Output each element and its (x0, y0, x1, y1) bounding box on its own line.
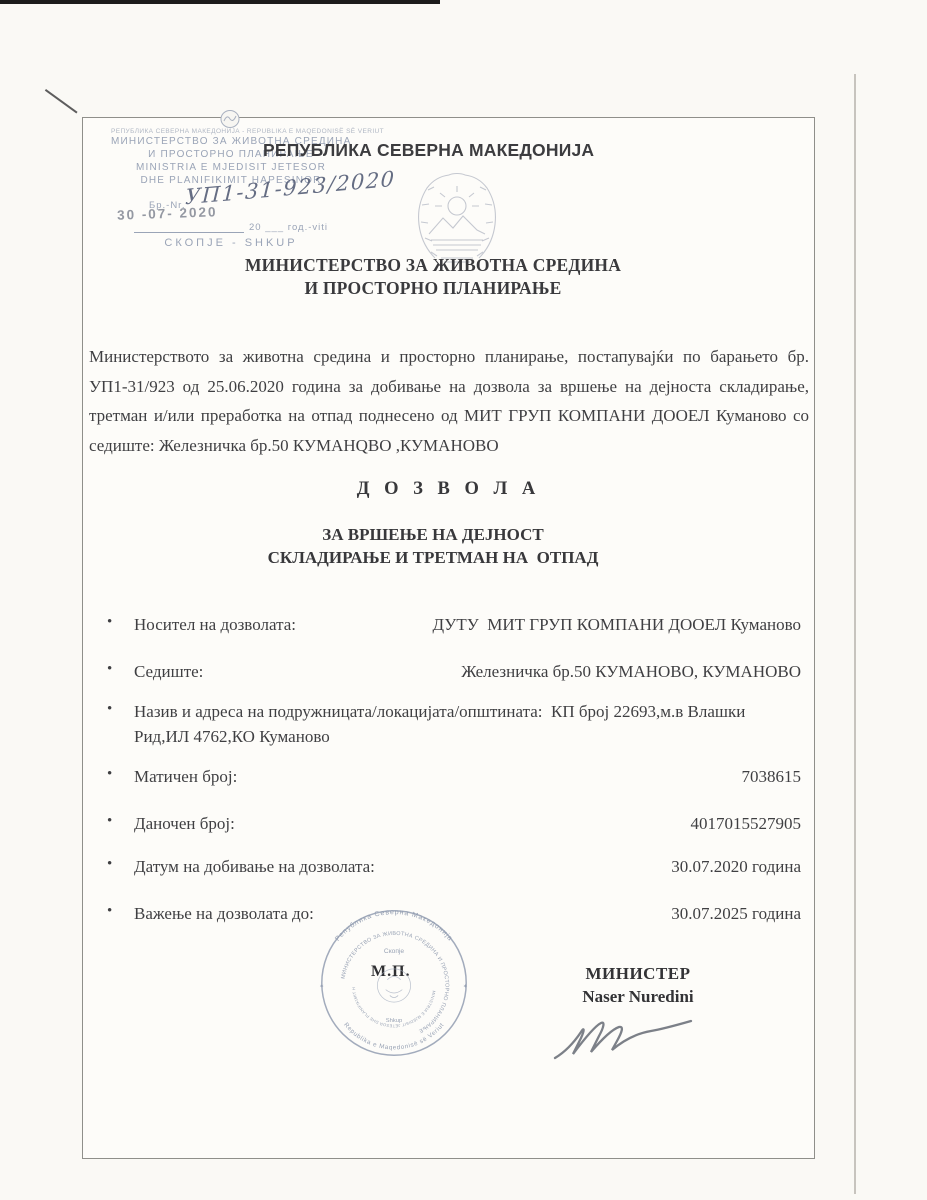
minister-name: Naser Nuredini (523, 987, 753, 1007)
ministry-title-line1: МИНИСТЕРСТВО ЗА ЖИВОТНА СРЕДИНА (83, 254, 783, 277)
scan-artifact-vertical-line (854, 74, 856, 1194)
detail-row-tax-number: • Даночен број: 4017015527905 (107, 811, 801, 836)
intro-line: седиште: Железничка бр.50 КУМАНQВО ,КУМА… (89, 431, 809, 461)
intro-line: третман и/или преработка на отпад поднес… (89, 401, 809, 431)
stamp-city-mk: Скопје (384, 948, 405, 955)
detail-label: Назив и адреса на подружницата/локацијат… (134, 699, 801, 749)
stamp-star-right-icon: ✶ (463, 983, 468, 990)
bullet-icon: • (107, 854, 134, 875)
bullet-icon: • (107, 901, 134, 922)
bullet-icon: • (107, 699, 134, 720)
scan-artifact-diagonal-line (45, 89, 78, 114)
round-ministry-stamp-icon: Република Северна Македонија Republika e… (311, 900, 477, 1066)
receipt-city-line: СКОПЈЕ - SHKUP (111, 237, 351, 249)
detail-value: ДУТУ МИТ ГРУП КОМПАНИ ДООЕЛ Куманово (433, 612, 802, 637)
detail-value: Железничка бр.50 КУМАНОВО, КУМАНОВО (461, 659, 801, 684)
detail-label: Даночен број: (134, 811, 235, 836)
bullet-icon: • (107, 612, 134, 633)
small-emblem-icon (219, 109, 241, 134)
ministry-title: МИНИСТЕРСТВО ЗА ЖИВОТНА СРЕДИНА И ПРОСТО… (83, 254, 783, 299)
detail-value: 7038615 (742, 764, 802, 789)
scan-artifact-top-band (0, 0, 440, 4)
receipt-year-text: 20 ___ год.-viti (249, 222, 328, 233)
detail-value: 30.07.2020 година (671, 854, 801, 879)
minister-signature-block: МИНИСТЕР Naser Nuredini (523, 964, 753, 1007)
permit-subtitle-line2: СКЛАДИРАЊЕ И ТРЕТМАН НА ОТПАД (83, 547, 783, 570)
detail-label: Носител на дозволата: (134, 612, 296, 637)
detail-row-issue-date: • Датум на добивање на дозволата: 30.07.… (107, 854, 801, 879)
stamp-outer-top-text: Република Северна Македонија (334, 909, 453, 943)
ministry-title-line2: И ПРОСТОРНО ПЛАНИРАЊЕ (83, 277, 783, 300)
permit-subtitle: ЗА ВРШЕЊЕ НА ДЕЈНОСТ СКЛАДИРАЊЕ И ТРЕТМА… (83, 524, 783, 569)
detail-label: Седиште: (134, 659, 203, 684)
detail-label: Важење на дозволата до: (134, 901, 314, 926)
detail-label: Матичен број: (134, 764, 237, 789)
stamp-city-sq: Shkup (386, 1018, 402, 1024)
detail-row-holder: • Носител на дозволата: ДУТУ МИТ ГРУП КО… (107, 612, 801, 637)
intro-line: Министерството за животна средина и прос… (89, 342, 809, 372)
detail-value: 30.07.2025 година (671, 901, 801, 926)
receipt-rule-line (134, 223, 244, 233)
intro-paragraph: Министерството за животна средина и прос… (89, 342, 809, 460)
permit-title: Д О З В О Л А (83, 479, 814, 500)
permit-subtitle-line1: ЗА ВРШЕЊЕ НА ДЕЈНОСТ (83, 524, 783, 547)
detail-row-registry-number: • Матичен број: 7038615 (107, 764, 801, 789)
signature-icon (551, 1016, 696, 1064)
detail-row-branch: • Назив и адреса на подружницата/локациј… (107, 699, 801, 749)
intro-line: УП1-31/923 од 25.06.2020 година за добив… (89, 372, 809, 402)
detail-label: Датум на добивање на дозволата: (134, 854, 375, 879)
svg-text:Република Северна Македонија: Република Северна Македонија (334, 909, 453, 943)
document-page: РЕПУБЛИКА СЕВЕРНА МАКЕДОНИЈА - REPUBLIKA… (82, 117, 815, 1159)
bullet-icon: • (107, 659, 134, 680)
minister-title: МИНИСТЕР (523, 964, 753, 984)
receipt-stamp-line: MINISTRIA E MJEDISIT JETESOR (111, 161, 351, 174)
bullet-icon: • (107, 764, 134, 785)
republic-title: РЕПУБЛИКА СЕВЕРНА МАКЕДОНИЈА (263, 140, 594, 161)
detail-value: 4017015527905 (691, 811, 802, 836)
bullet-icon: • (107, 811, 134, 832)
detail-row-seat: • Седиште: Железничка бр.50 КУМАНОВО, КУ… (107, 659, 801, 684)
receipt-year-line: 20 ___ год.-viti (111, 222, 351, 233)
stamp-star-left-icon: ✶ (319, 983, 324, 990)
